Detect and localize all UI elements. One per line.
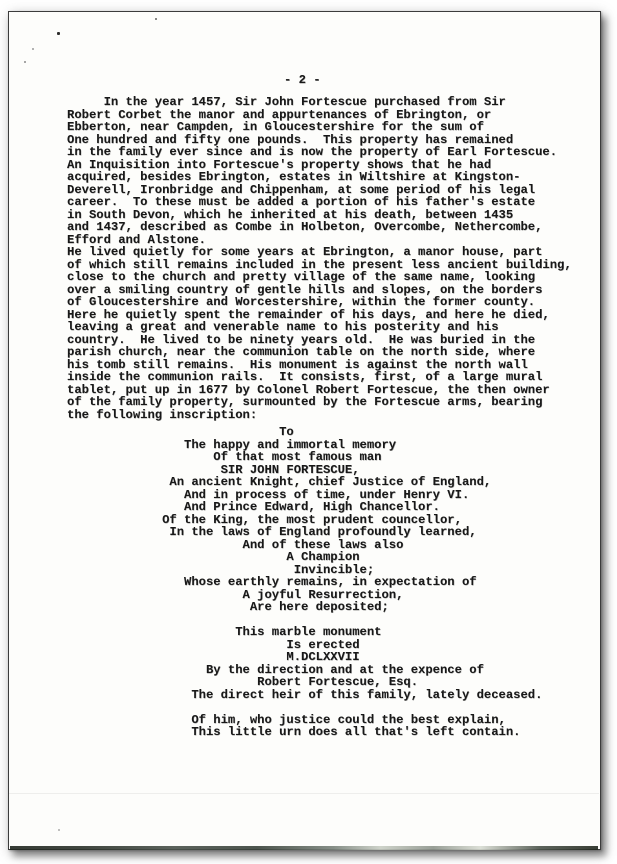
scan-speck — [32, 48, 34, 50]
page-number: - 2 - — [284, 74, 321, 87]
memorial-inscription: To The happy and immortal memory Of that… — [67, 426, 542, 739]
scan-speck — [57, 32, 60, 35]
scanned-document-background: - 2 - In the year 1457, Sir John Fortesc… — [0, 0, 617, 864]
scan-speck — [155, 18, 157, 20]
body-paragraph: In the year 1457, Sir John Fortescue pur… — [67, 96, 572, 421]
scan-crease-line — [9, 793, 599, 794]
scan-speck — [24, 61, 26, 63]
scan-artifact-bottom-line — [10, 846, 598, 850]
scan-speck — [58, 829, 60, 831]
document-page: - 2 - In the year 1457, Sir John Fortesc… — [8, 11, 601, 850]
